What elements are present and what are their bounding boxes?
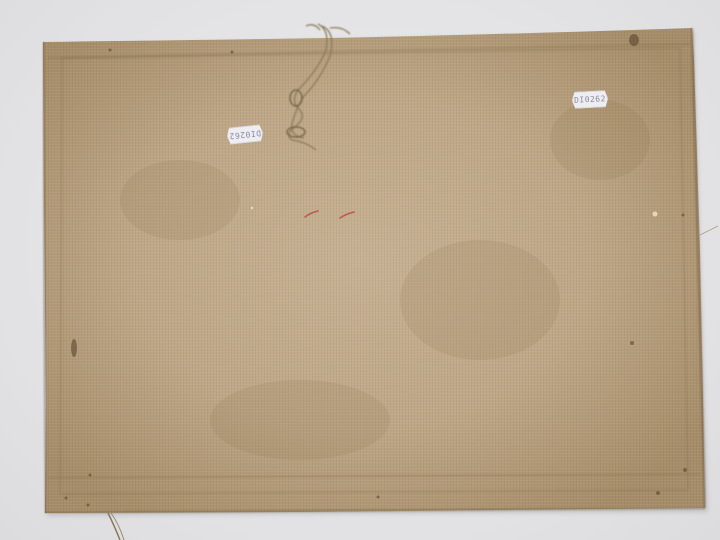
canvas-back [0,0,720,540]
inventory-label-text: DI0262 [574,94,606,105]
photo-scene: DI0262 DI0262 [0,0,720,540]
inventory-label-right: DI0262 [572,90,609,109]
inventory-label-text: DI0262 [229,128,262,140]
